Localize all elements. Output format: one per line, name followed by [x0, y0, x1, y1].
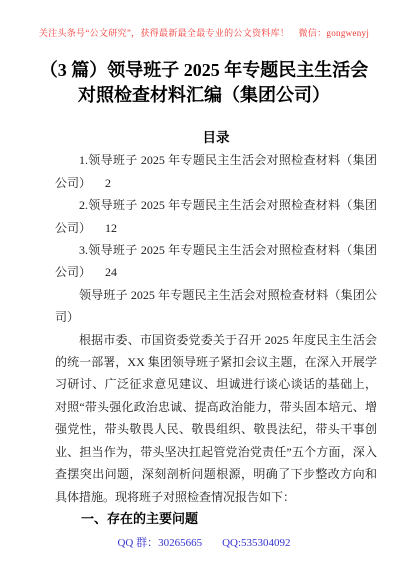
contact-footer: QQ 群：30265665QQ:535304092 [0, 534, 408, 550]
document-title-line1: （3 篇）领导班子 2025 年专题民主生活会 [40, 60, 369, 80]
toc-item-1-page: 2 [105, 176, 111, 190]
toc-item-1: 1.领导班子 2025 年专题民主生活会对照检查材料（集团公司）2 [55, 149, 377, 194]
section-heading-1: 一、存在的主要问题 [55, 508, 377, 530]
document-title-line2: 对照检查材料汇编（集团公司） [78, 85, 330, 105]
promo-banner: 关注头条号“公文研究”，获得最新最全最专业的公文资料库！ 微信：gongweny… [0, 26, 408, 39]
document-body: 目录 1.领导班子 2025 年专题民主生活会对照检查材料（集团公司）2 2.领… [55, 127, 377, 530]
qq-group-contact: QQ 群：30265665 [117, 537, 202, 549]
document-title: （3 篇）领导班子 2025 年专题民主生活会 对照检查材料汇编（集团公司） [0, 58, 408, 108]
section-title: 领导班子 2025 年专题民主生活会对照检查材料（集团公司） [55, 284, 377, 329]
toc-item-2-label: 2.领导班子 2025 年专题民主生活会对照检查材料（集团公司） [55, 198, 377, 234]
toc-item-3: 3.领导班子 2025 年专题民主生活会对照检查材料（集团公司）24 [55, 239, 377, 284]
toc-item-3-label: 3.领导班子 2025 年专题民主生活会对照检查材料（集团公司） [55, 243, 377, 279]
document-page: 关注头条号“公文研究”，获得最新最全最专业的公文资料库！ 微信：gongweny… [0, 0, 408, 580]
toc-item-1-label: 1.领导班子 2025 年专题民主生活会对照检查材料（集团公司） [55, 153, 377, 189]
qq-contact: QQ:535304092 [222, 537, 290, 549]
toc-item-2-page: 12 [105, 221, 117, 235]
body-paragraph: 根据市委、市国资委党委关于召开 2025 年度民主生活会的统一部署，XX 集团领… [55, 329, 377, 508]
toc-item-3-page: 24 [105, 265, 117, 279]
toc-item-2: 2.领导班子 2025 年专题民主生活会对照检查材料（集团公司）12 [55, 194, 377, 239]
toc-heading: 目录 [55, 127, 377, 149]
